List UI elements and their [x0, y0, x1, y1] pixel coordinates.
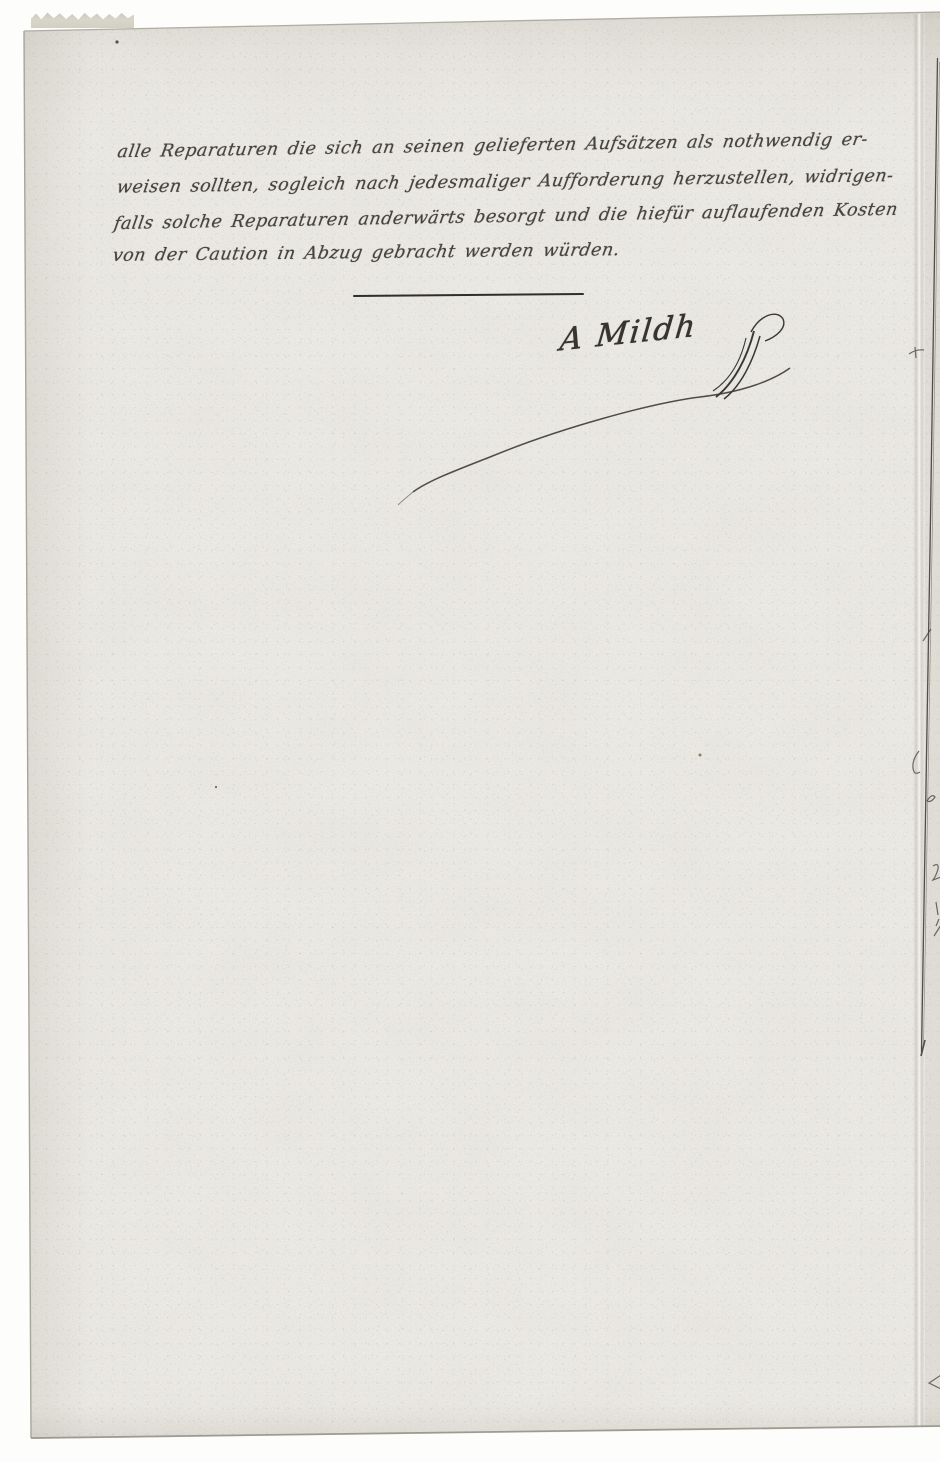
left-edge-shading — [0, 0, 90, 1462]
right-fold-crease — [913, 14, 925, 1438]
adjacent-page-sliver — [925, 12, 940, 1432]
document-scan: alle Reparaturen die sich an seinen geli… — [0, 0, 940, 1462]
top-edge-shading — [0, 0, 940, 110]
binding-tab — [31, 10, 134, 28]
bottom-edge-shading — [0, 1404, 940, 1444]
